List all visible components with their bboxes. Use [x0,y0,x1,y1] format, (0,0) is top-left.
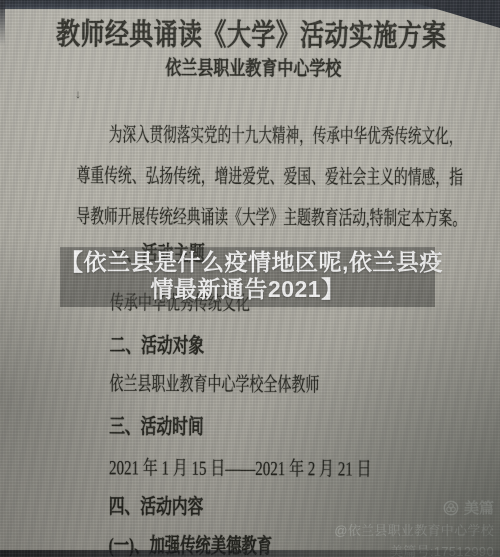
caption-line-2: 情最新通告2021】 [60,276,435,303]
meipian-logo-icon [443,500,459,516]
document-title: 教师经典诵读《大学》活动实施方案 [56,9,447,55]
caption-overlay-text: 【依兰县是什么疫情地区呢,依兰县疫 情最新通告2021】 [60,249,435,303]
paragraph-mark: ↓ [75,87,81,102]
document-paragraph-line-3: 导教师开展传统经典诵读《大学》主题教育活动,特制定本方案。 [76,200,466,231]
monitor-bottom-edge-shadow [0,550,500,557]
document-heading-target: 二、活动对象 [110,329,205,359]
document-target-text: 依兰县职业教育中心学校全体教师 [109,367,319,397]
document-paragraph-line-1: 为深入贯彻落实党的十九大精神，传承中华优秀传统文化， [109,118,463,149]
caption-line-1: 【依兰县是什么疫情地区呢,依兰县疫 [60,249,435,276]
document-heading-content: 四、活动内容 [109,490,204,520]
meipian-watermark: 美篇 @依兰县职业教育中心学校 美篇号:17512990 [334,497,494,557]
document-subtitle-school: 依兰县职业教育中心学校 [165,52,341,82]
meipian-brand-row: 美篇 [443,497,494,518]
document-time-text: 2021 年 1 月 15 日——2021 年 2 月 21 日 [109,451,372,481]
meipian-brand-label: 美篇 [464,497,494,518]
photographed-document-screenshot: 教师经典诵读《大学》活动实施方案 依兰县职业教育中心学校 ↓ 为深入贯彻落实党的… [0,0,500,557]
document-heading-time: 三、活动时间 [109,410,204,440]
document-paragraph-line-2: 尊重传统、弘扬传统，增进爱党、爱国、爱社会主义的情感，指 [76,159,463,190]
meipian-account: @依兰县职业教育中心学校 [334,520,494,539]
monitor-left-edge-shadow [0,0,5,46]
